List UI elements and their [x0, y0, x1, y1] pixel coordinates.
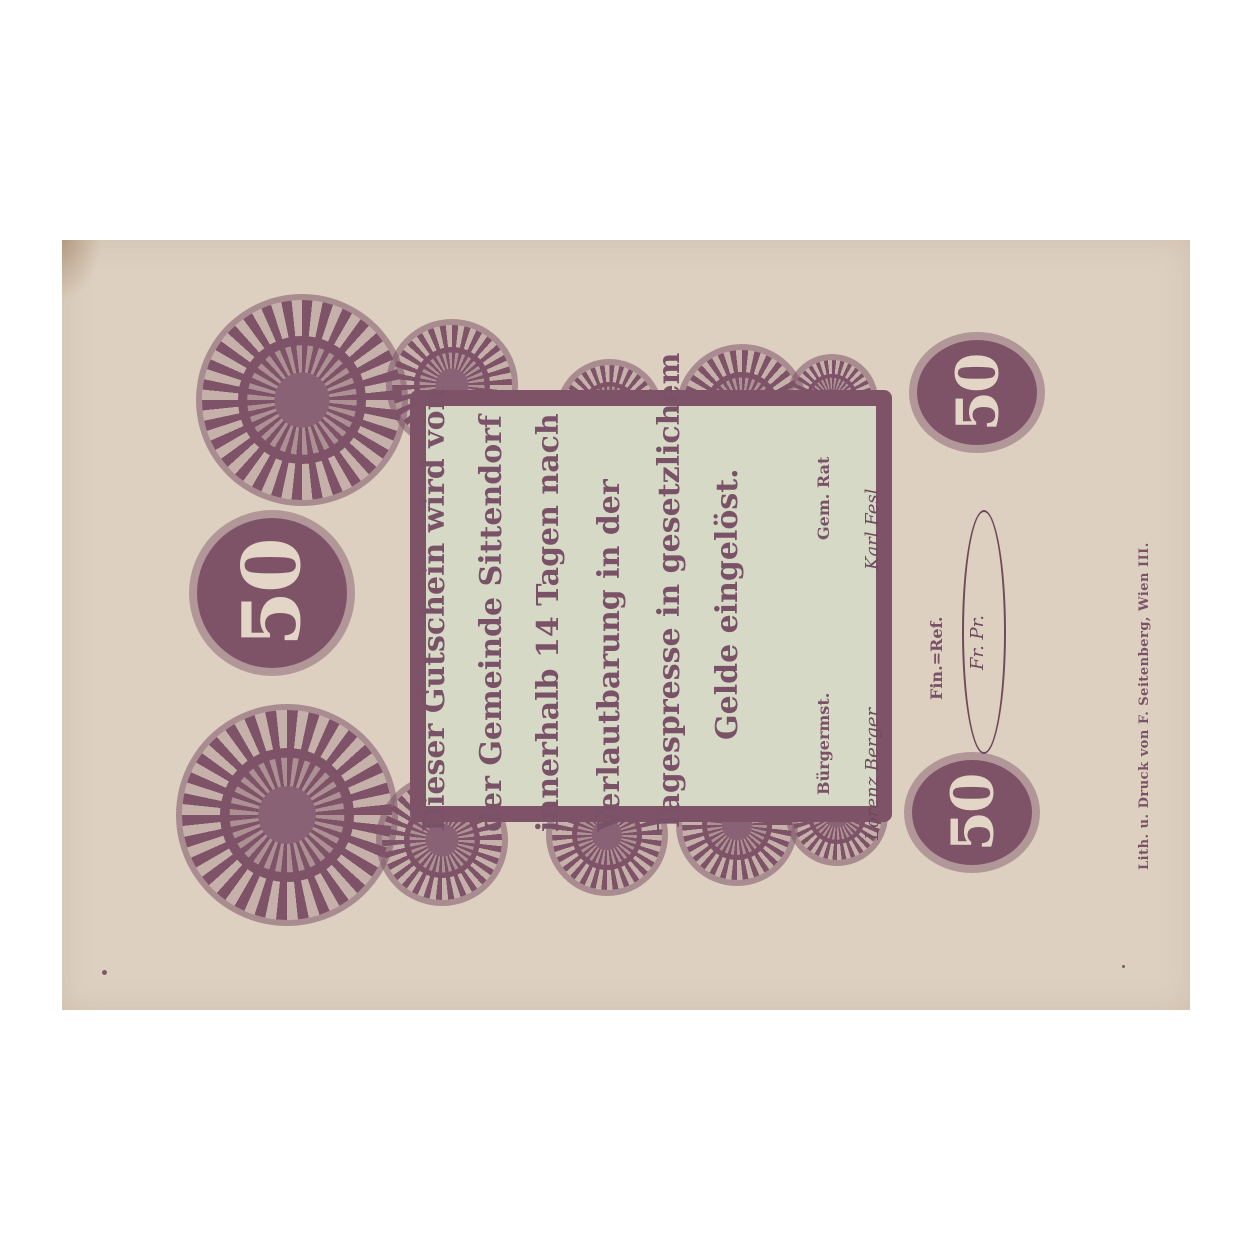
rosette-ornament	[182, 710, 392, 920]
rosette-ornament	[202, 300, 402, 500]
note-text-line: Verlautbarung in der	[592, 479, 627, 832]
signature-finance: Fr. Pr.	[967, 615, 988, 670]
note-text-line: der Gemeinde Sittendorf	[474, 415, 509, 832]
denomination-numeral: 50	[948, 354, 1006, 431]
signatory-title-mayor: Bürgermst.	[814, 693, 833, 795]
denomination-numeral: 50	[943, 774, 1001, 851]
denomination-medallion-left: 50	[197, 518, 347, 668]
denomination-numeral: 50	[232, 539, 312, 646]
signatory-title-council: Gem. Rat	[814, 457, 833, 540]
paper-speck	[102, 970, 107, 975]
banknote: 50 50 50 Dieser Gutschein wird von der G…	[62, 240, 1190, 1010]
note-text-line: Gelde eingelöst.	[710, 468, 745, 740]
denomination-medallion-top-right: 50	[917, 340, 1037, 445]
note-text-line: Dieser Gutschein wird von	[417, 389, 452, 832]
signatory-title-finance: Fin.=Ref.	[927, 617, 946, 700]
signature-council: Karl Fesl	[862, 489, 883, 570]
paper-speck	[1122, 965, 1125, 968]
note-text-line: innerhalb 14 Tagen nach	[531, 413, 566, 832]
note-text-line: Tagespresse in gesetzlichem	[652, 353, 687, 832]
denomination-medallion-bottom-right: 50	[912, 760, 1032, 865]
signature-mayor: Lorenz Berger	[862, 708, 883, 840]
printer-imprint: Lith. u. Druck von F. Seitenberg, Wien I…	[1137, 542, 1152, 870]
